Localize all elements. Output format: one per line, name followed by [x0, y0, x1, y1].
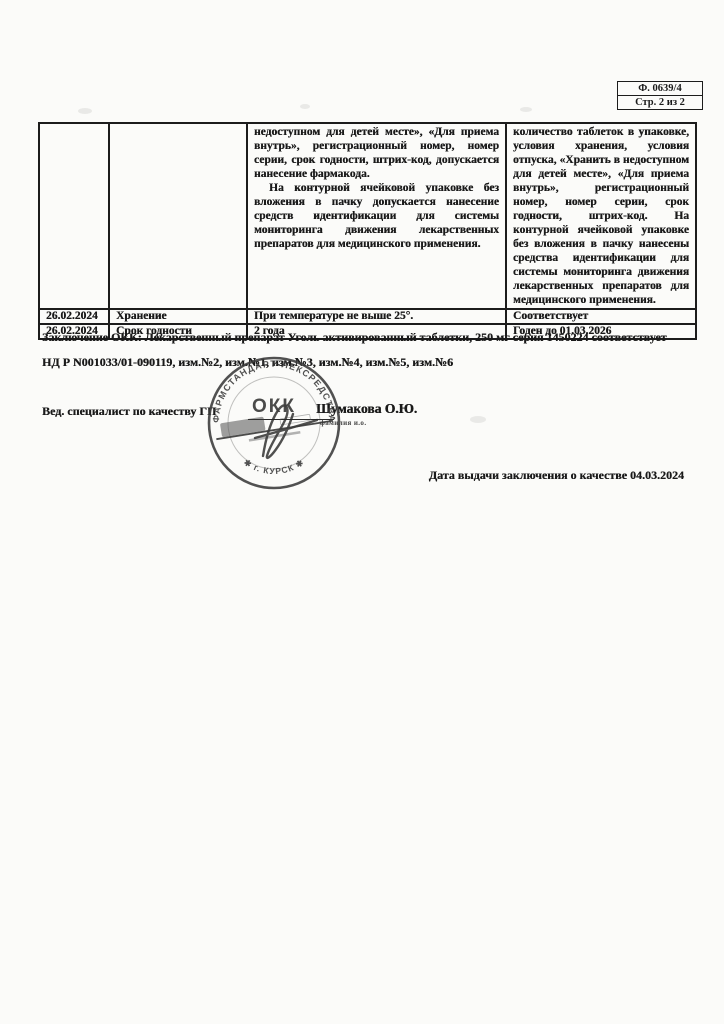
- cell-parameter-empty: [109, 123, 247, 309]
- conclusion-line2: НД Р N001033/01-090119, изм.№2, изм.№1, …: [42, 356, 690, 369]
- conclusion-line1: Заключение ОКК: Лекарственный препарат У…: [42, 331, 690, 344]
- okk-conclusion: Заключение ОКК: Лекарственный препарат У…: [42, 331, 690, 369]
- stamp-city-text: ✱ г. КУРСК ✱: [242, 457, 306, 476]
- table-row-continuation: недоступном для детей месте», «Для прием…: [39, 123, 696, 309]
- table-row-storage: 26.02.2024 Хранение При температуре не в…: [39, 309, 696, 324]
- signatory-role-label: Вед. специалист по качеству ГП: [42, 404, 216, 419]
- svg-text:✱ г. КУРСК ✱: ✱ г. КУРСК ✱: [242, 457, 306, 476]
- scan-speckle: [470, 416, 486, 423]
- form-code: Ф. 0639/4: [618, 82, 702, 95]
- cell-date-empty: [39, 123, 109, 309]
- cell-requirement: При температуре не выше 25°.: [247, 309, 506, 324]
- stamp-graphic: ФАРМСТАНДАРТ-ЛЕКСРЕДСТВА ✱ г. КУРСК ✱ ОК…: [203, 352, 345, 494]
- page-number-label: Стр. 2 из 2: [618, 95, 702, 109]
- requirement-text-part1: недоступном для детей месте», «Для прием…: [254, 125, 499, 181]
- scanned-quality-certificate-page: Ф. 0639/4 Стр. 2 из 2 недоступном для де…: [0, 0, 724, 1024]
- cell-date: 26.02.2024: [39, 309, 109, 324]
- scan-speckle: [520, 107, 532, 112]
- form-code-box: Ф. 0639/4 Стр. 2 из 2: [617, 81, 703, 110]
- cell-parameter: Хранение: [109, 309, 247, 324]
- requirement-text-part2: На контурной ячейковой упаковке без влож…: [254, 181, 499, 251]
- cell-result: Соответствует: [506, 309, 696, 324]
- issue-date-line: Дата выдачи заключения о качестве 04.03.…: [429, 468, 684, 483]
- stamp-center-text: ОКК: [252, 396, 296, 417]
- okk-round-stamp: ФАРМСТАНДАРТ-ЛЕКСРЕДСТВА ✱ г. КУРСК ✱ ОК…: [203, 352, 345, 494]
- scan-speckle: [300, 104, 310, 109]
- quality-parameters-table: недоступном для детей месте», «Для прием…: [38, 122, 697, 340]
- cell-result-continued: количество таблеток в упаковке, условия …: [506, 123, 696, 309]
- cell-requirement-continued: недоступном для детей месте», «Для прием…: [247, 123, 506, 309]
- scan-speckle: [78, 108, 92, 114]
